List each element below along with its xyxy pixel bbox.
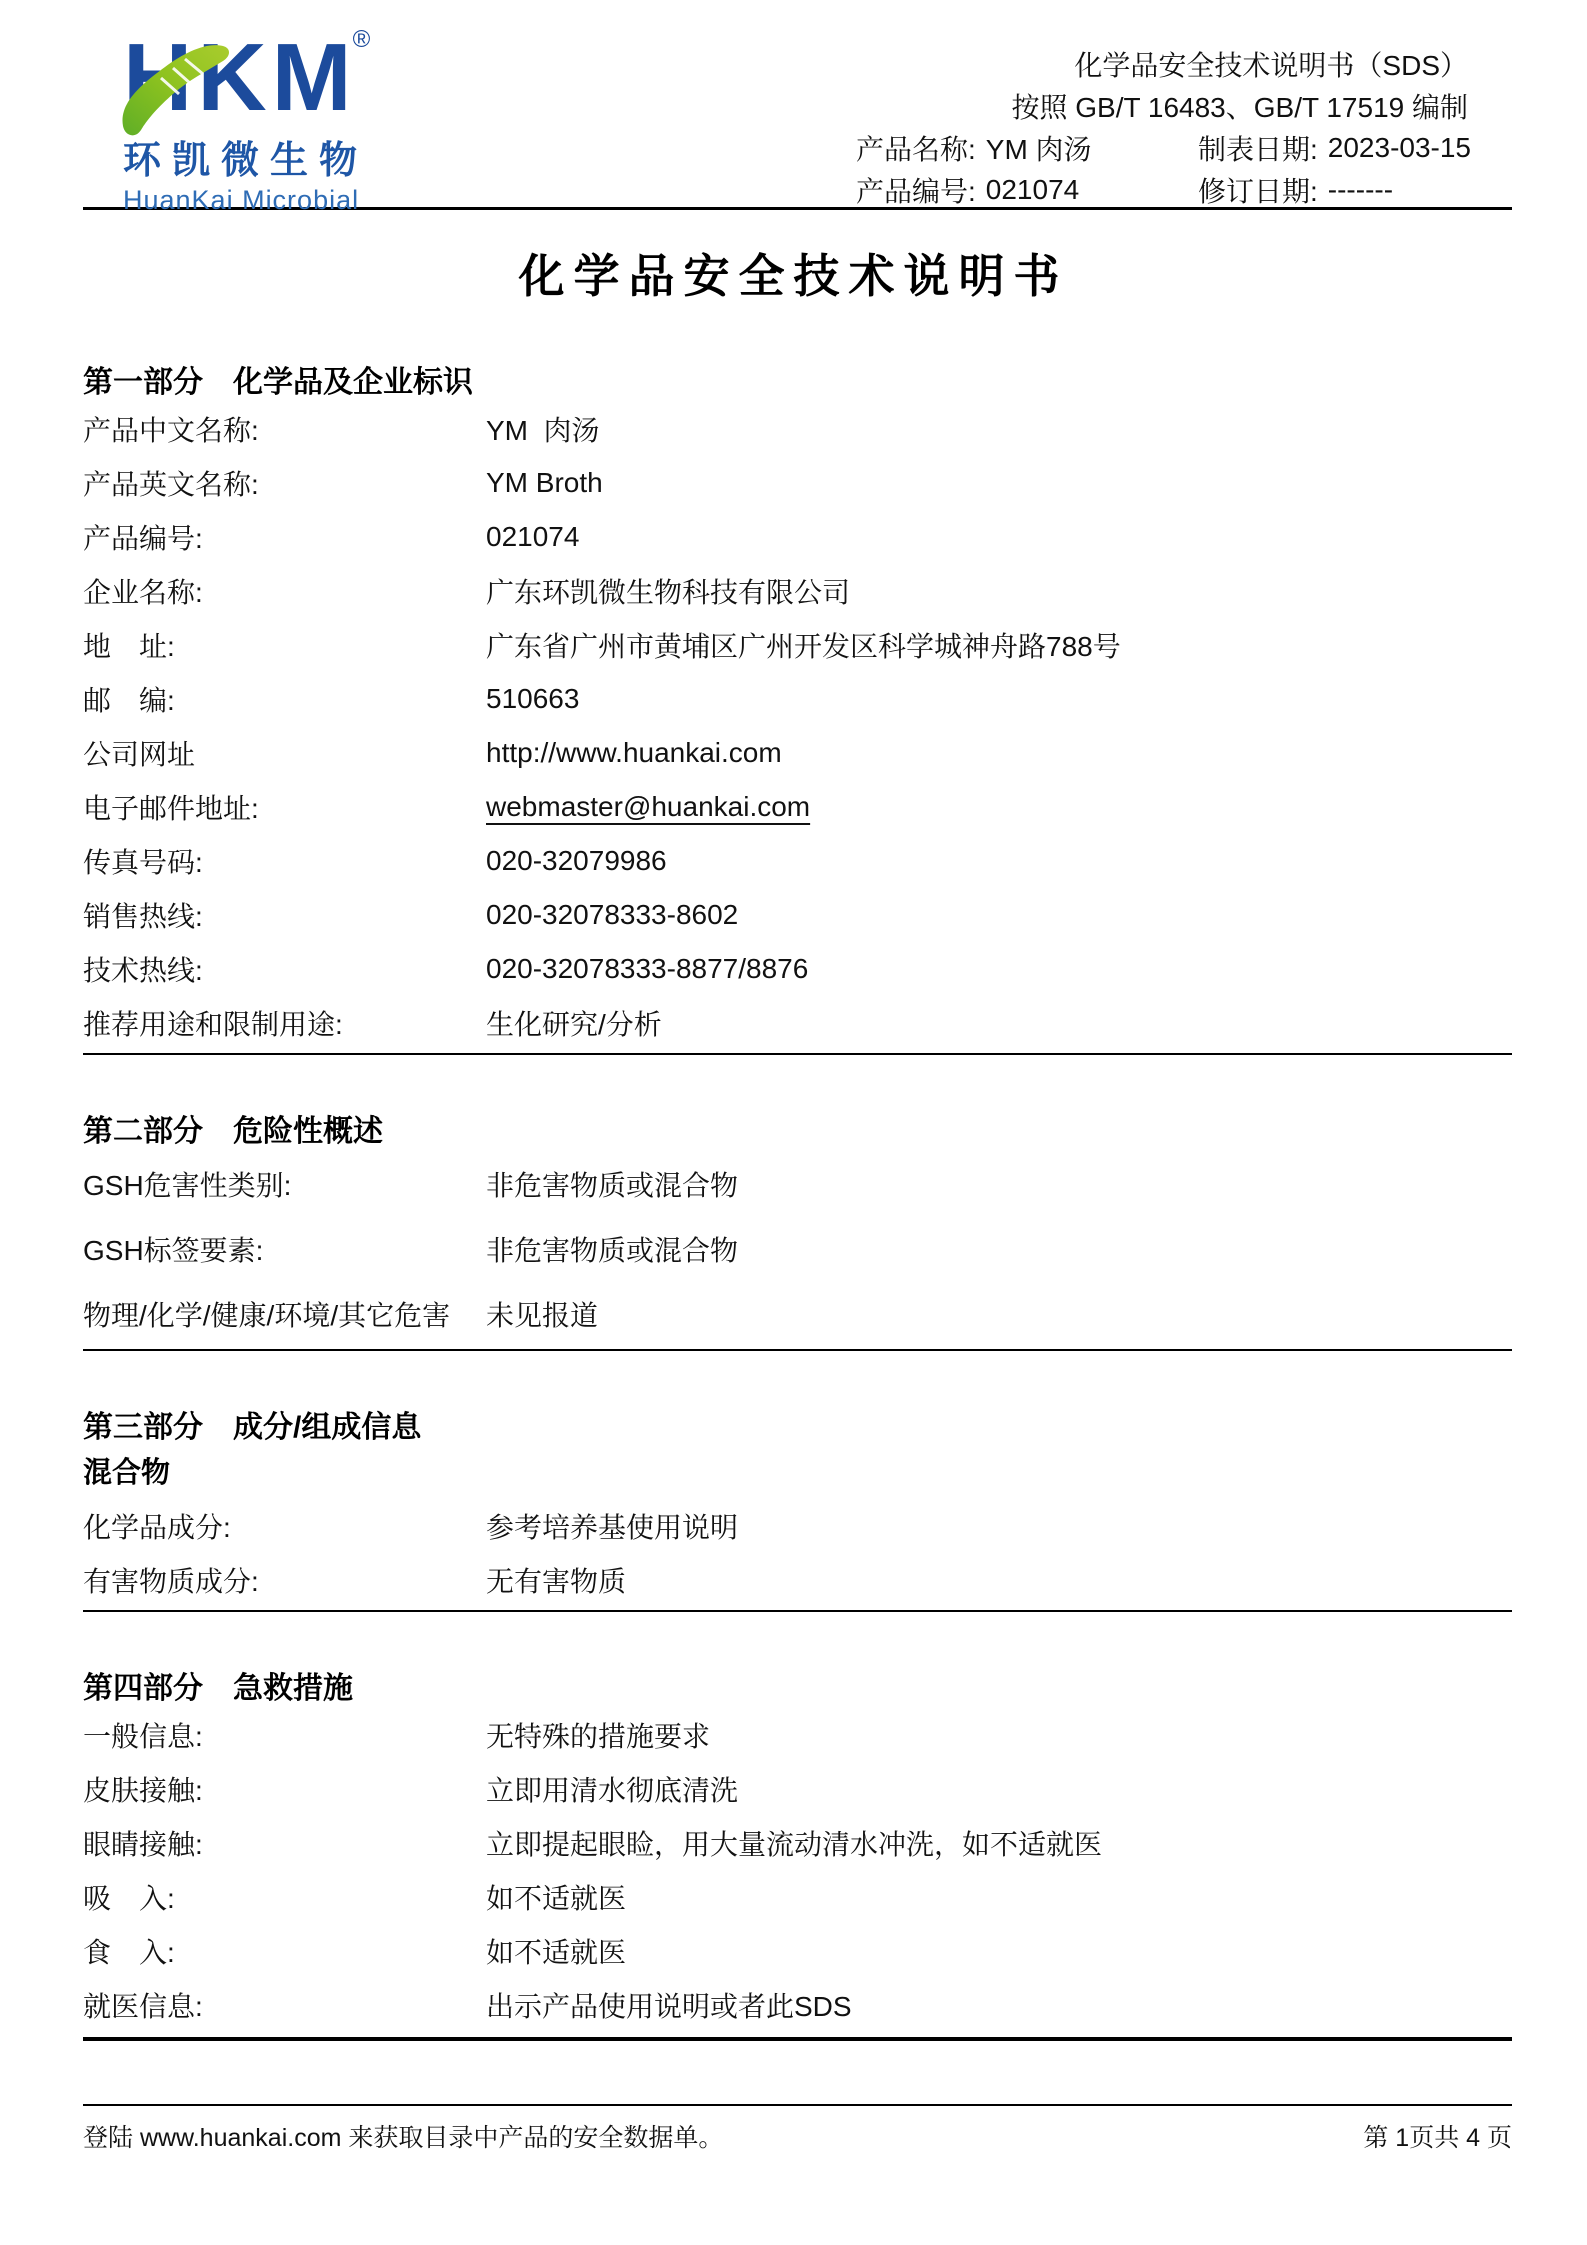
registered-trademark-icon: ® <box>353 26 371 53</box>
field-label: 地 址: <box>83 625 486 665</box>
field-value: 立即提起眼睑，用大量流动清水冲洗，如不适就医 <box>486 1823 1102 1863</box>
field-label: GSH危害性类别: <box>83 1164 486 1204</box>
section-heading: 第一部分 化学品及企业标识 <box>83 364 1512 402</box>
field-row: 食 入: 如不适就医 <box>83 1924 1512 1978</box>
field-row: 产品编号: 021074 <box>83 510 1512 564</box>
email-link[interactable]: webmaster@huankai.com <box>486 791 810 823</box>
field-label: 技术热线: <box>83 949 486 989</box>
standard-line: 按照 GB/T 16483、GB/T 17519 编制 <box>1011 86 1468 126</box>
revision-date-field: 修订日期: ------- <box>1198 170 1468 210</box>
section-subheading: 混合物 <box>83 1447 1512 1499</box>
logo-english-name: HuanKai Microbial <box>123 185 415 216</box>
field-label: 产品编号: <box>83 517 486 557</box>
field-label: 一般信息: <box>83 1715 486 1755</box>
section-heading: 第三部分 成分/组成信息 <box>83 1409 1512 1447</box>
field-label: 产品英文名称: <box>83 463 486 503</box>
field-row: 电子邮件地址: webmaster@huankai.com <box>83 780 1512 834</box>
hkm-logo-mark: HKM® <box>123 30 415 126</box>
field-label: 传真号码: <box>83 841 486 881</box>
field-row: GSH标签要素: 非危害物质或混合物 <box>83 1216 1512 1281</box>
field-row: 产品中文名称: YM 肉汤 <box>83 402 1512 456</box>
sections-container: 第一部分 化学品及企业标识 产品中文名称: YM 肉汤 产品英文名称: YM B… <box>83 364 1512 2041</box>
field-row: 一般信息: 无特殊的措施要求 <box>83 1708 1512 1762</box>
field-value: 510663 <box>486 683 579 715</box>
field-row: 就医信息: 出示产品使用说明或者此SDS <box>83 1978 1512 2032</box>
header-field-row: 产品名称: YM 肉汤 制表日期: 2023-03-15 <box>856 128 1468 168</box>
issue-date-value: 2023-03-15 <box>1328 132 1471 164</box>
section-heading: 第二部分 危险性概述 <box>83 1113 1512 1151</box>
field-row: 皮肤接触: 立即用清水彻底清洗 <box>83 1762 1512 1816</box>
field-label: 眼睛接触: <box>83 1823 486 1863</box>
field-value: http://www.huankai.com <box>486 737 782 769</box>
field-value: 020-32078333-8602 <box>486 899 738 931</box>
section-rows: 一般信息: 无特殊的措施要求 皮肤接触: 立即用清水彻底清洗 眼睛接触: 立即提… <box>83 1708 1512 2032</box>
sds-section: 第二部分 危险性概述 GSH危害性类别: 非危害物质或混合物 GSH标签要素: … <box>83 1113 1512 1351</box>
field-label: 电子邮件地址: <box>83 787 486 827</box>
field-label: 推荐用途和限制用途: <box>83 1003 486 1043</box>
revision-date-value: ------- <box>1328 174 1393 206</box>
field-label: 销售热线: <box>83 895 486 935</box>
product-code-field: 产品编号: 021074 <box>856 170 1198 210</box>
document-body: 第一部分 化学品及企业标识 产品中文名称: YM 肉汤 产品英文名称: YM B… <box>0 364 1587 2041</box>
section-rows: 化学品成分: 参考培养基使用说明 有害物质成分: 无有害物质 <box>83 1499 1512 1607</box>
field-value: 如不适就医 <box>486 1877 626 1917</box>
field-label: 产品中文名称: <box>83 409 486 449</box>
field-row: 销售热线: 020-32078333-8602 <box>83 888 1512 942</box>
field-row: 推荐用途和限制用途: 生化研究/分析 <box>83 996 1512 1050</box>
field-value: 立即用清水彻底清洗 <box>486 1769 738 1809</box>
issue-date-label: 制表日期: <box>1198 128 1318 168</box>
issue-date-field: 制表日期: 2023-03-15 <box>1198 128 1468 168</box>
field-label: 吸 入: <box>83 1877 486 1917</box>
page-title: 化学品安全技术说明书 <box>0 240 1587 306</box>
hkm-logo: HKM® 环凯微生物 HuanKai Microbial <box>85 20 415 207</box>
product-name-label: 产品名称: <box>856 128 976 168</box>
product-name-field: 产品名称: YM 肉汤 <box>856 128 1198 168</box>
field-row: 技术热线: 020-32078333-8877/8876 <box>83 942 1512 996</box>
field-value: 未见报道 <box>486 1294 598 1334</box>
field-value: 020-32079986 <box>486 845 667 877</box>
product-code-value: 021074 <box>986 174 1079 206</box>
page-number: 第 1页共 4 页 <box>1363 2118 1512 2154</box>
field-row: 传真号码: 020-32079986 <box>83 834 1512 888</box>
field-label: 食 入: <box>83 1931 486 1971</box>
field-label: 公司网址 <box>83 733 486 773</box>
section-rows: GSH危害性类别: 非危害物质或混合物 GSH标签要素: 非危害物质或混合物 物… <box>83 1151 1512 1346</box>
field-row: 吸 入: 如不适就医 <box>83 1870 1512 1924</box>
field-value: 无特殊的措施要求 <box>486 1715 710 1755</box>
field-label: 邮 编: <box>83 679 486 719</box>
field-row: GSH危害性类别: 非危害物质或混合物 <box>83 1151 1512 1216</box>
field-row: 公司网址 http://www.huankai.com <box>83 726 1512 780</box>
field-value: 生化研究/分析 <box>486 1003 662 1043</box>
field-value: 广东环凯微生物科技有限公司 <box>486 571 850 611</box>
doc-type-line: 化学品安全技术说明书（SDS） <box>1074 44 1468 84</box>
field-value: 广东省广州市黄埔区广州开发区科学城神舟路788号 <box>486 625 1121 665</box>
field-row: 邮 编: 510663 <box>83 672 1512 726</box>
field-label: GSH标签要素: <box>83 1229 486 1269</box>
field-value: YM Broth <box>486 467 603 499</box>
footer-note: 登陆 www.huankai.com 来获取目录中产品的安全数据单。 <box>83 2118 723 2154</box>
sds-section: 第三部分 成分/组成信息 混合物 化学品成分: 参考培养基使用说明 有害物质成分… <box>83 1409 1512 1612</box>
field-row: 物理/化学/健康/环境/其它危害 未见报道 <box>83 1281 1512 1346</box>
logo-chinese-name: 环凯微生物 <box>123 129 415 184</box>
field-value: 参考培养基使用说明 <box>486 1506 738 1546</box>
page-footer: 登陆 www.huankai.com 来获取目录中产品的安全数据单。 第 1页共… <box>83 2104 1512 2154</box>
field-value: 出示产品使用说明或者此SDS <box>486 1985 852 2025</box>
field-value: 非危害物质或混合物 <box>486 1164 738 1204</box>
field-row: 化学品成分: 参考培养基使用说明 <box>83 1499 1512 1553</box>
sds-section: 第一部分 化学品及企业标识 产品中文名称: YM 肉汤 产品英文名称: YM B… <box>83 364 1512 1055</box>
hkm-logo-text: HKM <box>123 24 357 131</box>
field-value: YM 肉汤 <box>486 409 600 449</box>
section-divider <box>83 1349 1512 1351</box>
field-row: 地 址: 广东省广州市黄埔区广州开发区科学城神舟路788号 <box>83 618 1512 672</box>
section-heading: 第四部分 急救措施 <box>83 1670 1512 1708</box>
page-header: HKM® 环凯微生物 HuanKai Microbial <box>0 0 1587 207</box>
section-divider <box>83 1610 1512 1612</box>
sds-section: 第四部分 急救措施 一般信息: 无特殊的措施要求 皮肤接触: 立即用清水彻底清洗… <box>83 1670 1512 2041</box>
field-row: 企业名称: 广东环凯微生物科技有限公司 <box>83 564 1512 618</box>
field-row: 产品英文名称: YM Broth <box>83 456 1512 510</box>
section-divider <box>83 1053 1512 1055</box>
product-code-label: 产品编号: <box>856 170 976 210</box>
field-value: 如不适就医 <box>486 1931 626 1971</box>
field-label: 化学品成分: <box>83 1506 486 1546</box>
field-row: 眼睛接触: 立即提起眼睑，用大量流动清水冲洗，如不适就医 <box>83 1816 1512 1870</box>
field-label: 就医信息: <box>83 1985 486 2025</box>
field-value: 非危害物质或混合物 <box>486 1229 738 1269</box>
field-label: 有害物质成分: <box>83 1560 486 1600</box>
revision-date-label: 修订日期: <box>1198 170 1318 210</box>
field-label: 皮肤接触: <box>83 1769 486 1809</box>
field-label: 物理/化学/健康/环境/其它危害 <box>83 1294 486 1334</box>
section-rows: 产品中文名称: YM 肉汤 产品英文名称: YM Broth 产品编号: 021… <box>83 402 1512 1050</box>
header-meta: 化学品安全技术说明书（SDS） 按照 GB/T 16483、GB/T 17519… <box>856 20 1468 207</box>
header-field-row: 产品编号: 021074 修订日期: ------- <box>856 170 1468 210</box>
field-value: 021074 <box>486 521 579 553</box>
section-divider <box>83 2037 1512 2041</box>
field-label: 企业名称: <box>83 571 486 611</box>
product-name-value: YM 肉汤 <box>986 128 1092 168</box>
field-row: 有害物质成分: 无有害物质 <box>83 1553 1512 1607</box>
field-value: 无有害物质 <box>486 1560 626 1600</box>
field-value: 020-32078333-8877/8876 <box>486 953 808 985</box>
